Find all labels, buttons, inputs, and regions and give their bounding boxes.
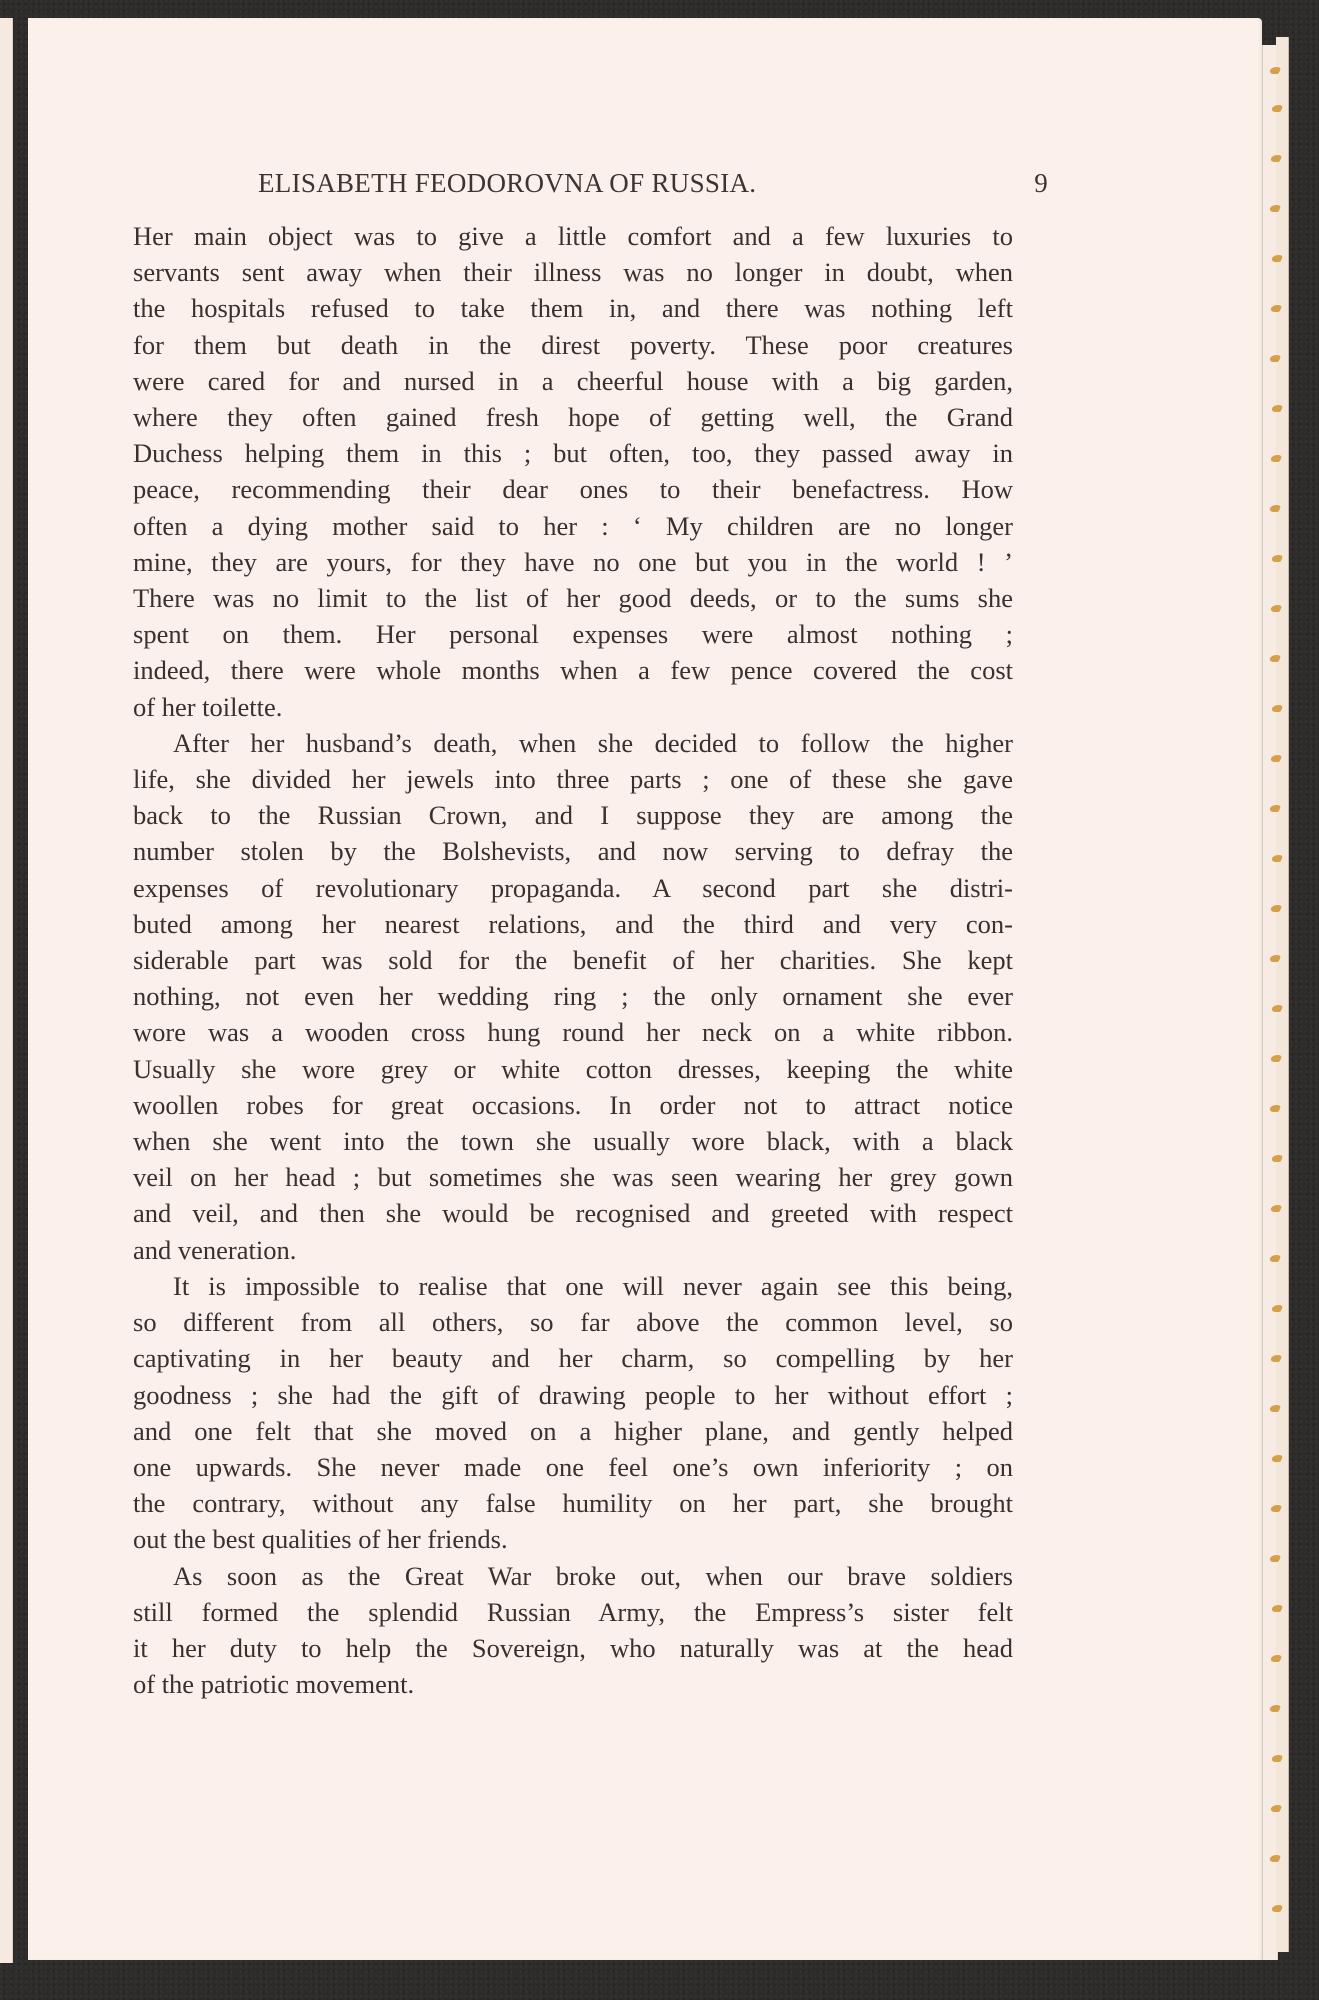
running-head: ELISABETH FEODOROVNA OF RUSSIA. 9	[258, 168, 1048, 199]
gilt-mark-icon	[1269, 1805, 1282, 1812]
paragraph: Her main object was to give a little com…	[133, 218, 1013, 725]
text-line: veil on her head ; but sometimes she was…	[133, 1159, 1013, 1195]
text-line: servants sent away when their illness wa…	[133, 254, 1013, 290]
text-line: wore was a wooden cross hung round her n…	[133, 1014, 1013, 1050]
text-line: Her main object was to give a little com…	[133, 218, 1013, 254]
gilt-page-edge	[1276, 37, 1289, 1952]
gilt-mark-icon	[1270, 255, 1283, 262]
gilt-mark-icon	[1270, 855, 1283, 862]
paragraph: It is impossible to realise that one wil…	[133, 1268, 1013, 1558]
text-line: for them but death in the direst poverty…	[133, 327, 1013, 363]
text-line: mine, they are yours, for they have no o…	[133, 544, 1013, 580]
text-line: when she went into the town she usually …	[133, 1123, 1013, 1159]
gilt-mark-icon	[1269, 1205, 1282, 1212]
gilt-mark-icon	[1270, 1755, 1283, 1762]
gilt-mark-icon	[1270, 555, 1283, 562]
text-line: woollen robes for great occasions. In or…	[133, 1087, 1013, 1123]
text-line: and one felt that she moved on a higher …	[133, 1413, 1013, 1449]
gilt-mark-icon	[1270, 705, 1283, 712]
text-line: buted among her nearest relations, and t…	[133, 906, 1013, 942]
gilt-mark-icon	[1268, 805, 1281, 812]
gilt-mark-icon	[1269, 755, 1282, 762]
text-line: indeed, there were whole months when a f…	[133, 652, 1013, 688]
paragraph: As soon as the Great War broke out, when…	[133, 1558, 1013, 1703]
gilt-mark-icon	[1268, 1555, 1281, 1562]
text-line: There was no limit to the list of her go…	[133, 580, 1013, 616]
gilt-mark-icon	[1269, 1355, 1282, 1362]
text-line: of her toilette.	[133, 689, 1013, 725]
text-line: often a dying mother said to her : ‘ My …	[133, 508, 1013, 544]
running-head-title: ELISABETH FEODOROVNA OF RUSSIA.	[258, 168, 756, 199]
text-line: the hospitals refused to take them in, a…	[133, 290, 1013, 326]
text-line: number stolen by the Bolshevists, and no…	[133, 833, 1013, 869]
text-line: out the best qualities of her friends.	[133, 1521, 1013, 1557]
gilt-mark-icon	[1269, 305, 1282, 312]
gilt-mark-icon	[1269, 605, 1282, 612]
text-line: it her duty to help the Sovereign, who n…	[133, 1630, 1013, 1666]
gilt-mark-icon	[1269, 1655, 1282, 1662]
gilt-mark-icon	[1270, 1155, 1283, 1162]
text-line: still formed the splendid Russian Army, …	[133, 1594, 1013, 1630]
text-line: peace, recommending their dear ones to t…	[133, 471, 1013, 507]
text-line: After her husband’s death, when she deci…	[133, 725, 1013, 761]
text-line: where they often gained fresh hope of ge…	[133, 399, 1013, 435]
gilt-mark-icon	[1270, 405, 1283, 412]
paragraph: After her husband’s death, when she deci…	[133, 725, 1013, 1268]
gilt-mark-icon	[1269, 155, 1282, 162]
gilt-mark-icon	[1268, 1105, 1281, 1112]
gilt-mark-icon	[1268, 1855, 1281, 1862]
gilt-mark-icon	[1270, 1305, 1283, 1312]
gilt-mark-icon	[1270, 1605, 1283, 1612]
gilt-mark-icon	[1268, 355, 1281, 362]
body-text: Her main object was to give a little com…	[133, 218, 1013, 1702]
gilt-mark-icon	[1270, 1905, 1283, 1912]
text-line: back to the Russian Crown, and I suppose…	[133, 797, 1013, 833]
text-line: siderable part was sold for the benefit …	[133, 942, 1013, 978]
gilt-mark-icon	[1269, 1505, 1282, 1512]
text-line: the contrary, without any false humility…	[133, 1485, 1013, 1521]
text-line: were cared for and nursed in a cheerful …	[133, 363, 1013, 399]
book-page: ELISABETH FEODOROVNA OF RUSSIA. 9 Her ma…	[28, 18, 1262, 1960]
text-line: and veil, and then she would be recognis…	[133, 1195, 1013, 1231]
gilt-mark-icon	[1268, 1255, 1281, 1262]
gilt-mark-icon	[1268, 1405, 1281, 1412]
gilt-mark-icon	[1268, 505, 1281, 512]
text-line: As soon as the Great War broke out, when…	[133, 1558, 1013, 1594]
text-line: of the patriotic movement.	[133, 1666, 1013, 1702]
text-line: one upwards. She never made one feel one…	[133, 1449, 1013, 1485]
page-edge-stack	[1262, 45, 1292, 1960]
text-line: so different from all others, so far abo…	[133, 1304, 1013, 1340]
gilt-mark-icon	[1269, 905, 1282, 912]
text-line: and veneration.	[133, 1232, 1013, 1268]
text-line: Usually she wore grey or white cotton dr…	[133, 1051, 1013, 1087]
text-line: spent on them. Her personal expenses wer…	[133, 616, 1013, 652]
text-line: captivating in her beauty and her charm,…	[133, 1340, 1013, 1376]
page-number: 9	[1034, 168, 1048, 199]
text-line: goodness ; she had the gift of drawing p…	[133, 1377, 1013, 1413]
text-line: expenses of revolutionary propaganda. A …	[133, 870, 1013, 906]
gilt-mark-icon	[1268, 955, 1281, 962]
text-line: Duchess helping them in this ; but often…	[133, 435, 1013, 471]
gilt-mark-icon	[1268, 205, 1281, 212]
text-line: life, she divided her jewels into three …	[133, 761, 1013, 797]
gilt-mark-icon	[1268, 67, 1281, 74]
gilt-mark-icon	[1269, 1055, 1282, 1062]
text-line: It is impossible to realise that one wil…	[133, 1268, 1013, 1304]
facing-page-edge	[0, 18, 13, 1963]
gilt-mark-icon	[1270, 1005, 1283, 1012]
gilt-mark-icon	[1270, 105, 1283, 112]
gilt-mark-icon	[1268, 1705, 1281, 1712]
gilt-mark-icon	[1268, 655, 1281, 662]
gilt-mark-icon	[1270, 1455, 1283, 1462]
text-line: nothing, not even her wedding ring ; the…	[133, 978, 1013, 1014]
gilt-mark-icon	[1269, 455, 1282, 462]
